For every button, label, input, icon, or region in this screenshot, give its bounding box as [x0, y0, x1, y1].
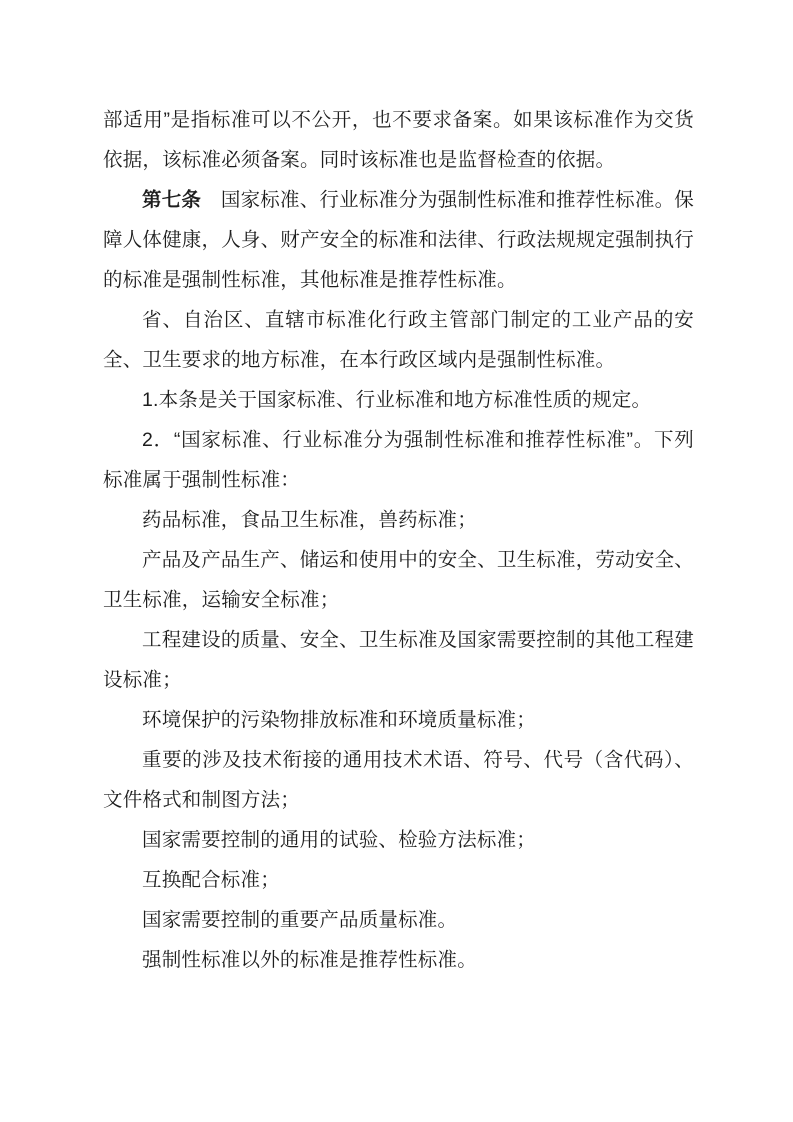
list-item-product-safety-standards: 产品及产品生产、储运和使用中的安全、卫生标准，劳动安全、卫生标准，运输安全标准；: [103, 540, 694, 620]
paragraph-local-standards: 省、自治区、直辖市标准化行政主管部门制定的工业产品的安全、卫生要求的地方标准，在…: [103, 300, 694, 380]
paragraph-note-2: 2．“国家标准、行业标准分为强制性标准和推荐性标准”。下列标准属于强制性标准：: [103, 420, 694, 500]
list-item-environment-standards: 环境保护的污染物排放标准和环境质量标准；: [103, 700, 694, 740]
list-item-terminology-standards: 重要的涉及技术衔接的通用技术术语、符号、代号（含代码）、文件格式和制图方法；: [103, 740, 694, 820]
list-item-key-product-quality-standards: 国家需要控制的重要产品质量标准。: [103, 900, 694, 940]
paragraph-continuation: 部适用”是指标准可以不公开，也不要求备案。如果该标准作为交货依据，该标准必须备案…: [103, 100, 694, 180]
list-item-interchange-standards: 互换配合标准；: [103, 860, 694, 900]
article-number-label: 第七条: [142, 189, 201, 211]
list-item-test-method-standards: 国家需要控制的通用的试验、检验方法标准；: [103, 820, 694, 860]
list-item-engineering-standards: 工程建设的质量、安全、卫生标准及国家需要控制的其他工程建设标准；: [103, 620, 694, 700]
document-page: 部适用”是指标准可以不公开，也不要求备案。如果该标准作为交货依据，该标准必须备案…: [0, 0, 793, 1122]
document-body: 部适用”是指标准可以不公开，也不要求备案。如果该标准作为交货依据，该标准必须备案…: [103, 100, 694, 980]
paragraph-note-1: 1.本条是关于国家标准、行业标准和地方标准性质的规定。: [103, 380, 694, 420]
list-item-drug-standards: 药品标准，食品卫生标准，兽药标准；: [103, 500, 694, 540]
paragraph-recommended-standards: 强制性标准以外的标准是推荐性标准。: [103, 940, 694, 980]
paragraph-article-7: 第七条 国家标准、行业标准分为强制性标准和推荐性标准。保障人体健康，人身、财产安…: [103, 180, 694, 300]
